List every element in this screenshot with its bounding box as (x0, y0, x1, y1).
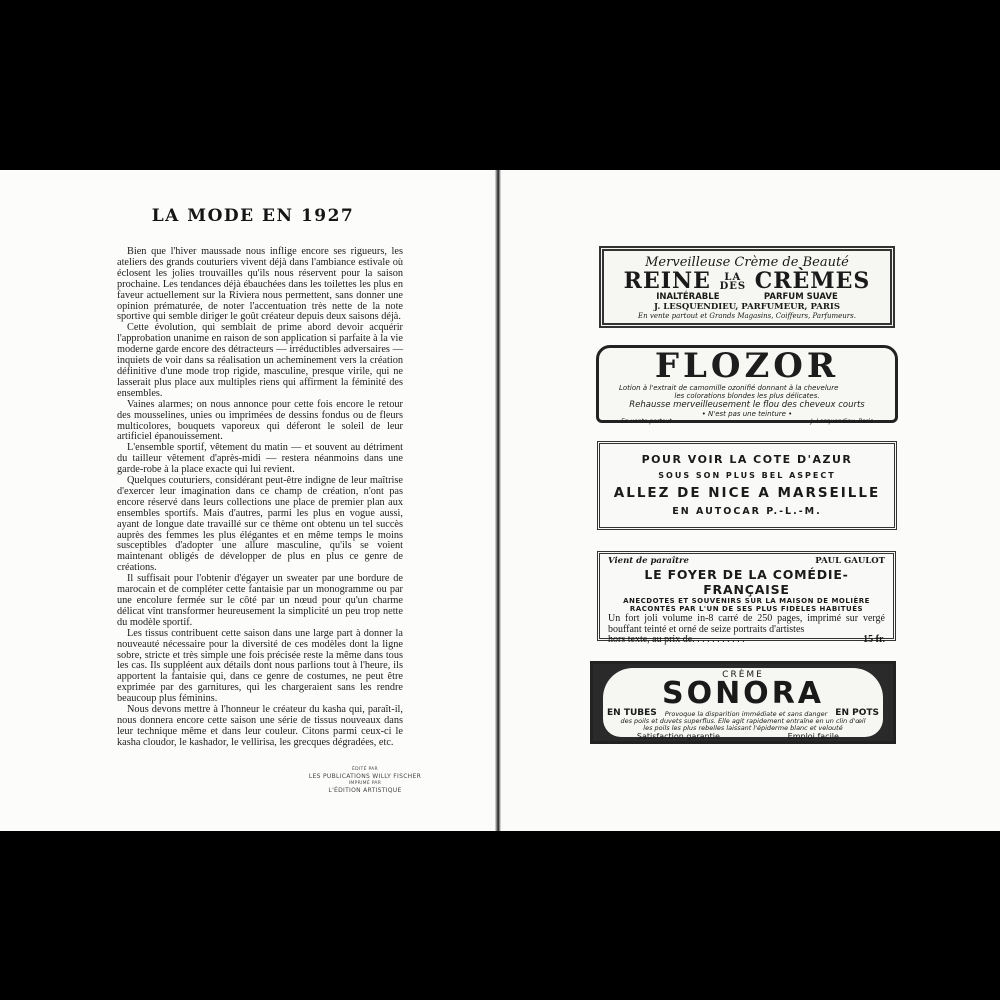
article-paragraph: Vaines alarmes; on nous annonce pour cet… (117, 400, 403, 444)
ad-line: Rehausse merveilleusement le flou des ch… (599, 400, 895, 410)
author: PAUL GAULOT (815, 556, 885, 566)
right-page: Merveilleuse Crème de Beauté REINE LA DE… (501, 170, 1000, 831)
brand-mid-bottom: DES (720, 281, 747, 292)
ad-flozor: FLOZOR Lotion à l'extrait de camomille o… (596, 345, 898, 423)
ad-line: • N'est pas une teinture • (599, 410, 895, 418)
magazine-spread: LA MODE EN 1927 Bien que l'hiver maussad… (0, 170, 1000, 831)
ad-line: les colorations blondes les plus délicat… (599, 392, 895, 400)
article-paragraph: Nous devons mettre à l'honneur le créate… (117, 705, 403, 749)
top-left: Vient de paraître (608, 556, 689, 566)
ad-footer: En vente partout J. Lesquendieu Paris (603, 741, 883, 744)
ad-text: les poils les plus rebelles laissant l'é… (603, 725, 883, 732)
claim-left: Satisfaction garantie (637, 732, 720, 741)
ad-brand: FLOZOR (599, 348, 895, 384)
brand-left: REINE (624, 268, 711, 294)
footer-right: J. Lesquendieu Paris (803, 741, 853, 744)
ad-maker: J. LESQUENDIEU, PARFUMEUR, PARIS (604, 302, 890, 312)
ad-claims: Satisfaction garantie Emploi facile . . (603, 732, 883, 741)
colophon-line: LES PUBLICATIONS WILLY FISCHER (300, 773, 430, 780)
ad-brand: REINE LA DES CRÈMES (604, 270, 890, 292)
ad-plm-autocar: POUR VOIR LA COTE D'AZUR SOUS SON PLUS B… (597, 441, 897, 530)
article-paragraph: L'ensemble sportif, vêtement du matin — … (117, 443, 403, 476)
article-body: Bien que l'hiver maussade nous inflige e… (117, 247, 403, 749)
price: 15 fr. (863, 635, 885, 646)
feature-left: INALTÉRABLE (656, 292, 719, 302)
ad-line: POUR VOIR LA COTE D'AZUR (600, 453, 894, 466)
article-paragraph: Il suffisait pour l'obtenir d'égayer un … (117, 574, 403, 629)
ad-reine-des-cremes: Merveilleuse Crème de Beauté REINE LA DE… (599, 246, 895, 328)
brand-right: CRÈMES (755, 268, 871, 294)
ad-line: EN AUTOCAR P.-L.-M. (600, 506, 894, 517)
colophon-line: L'ÉDITION ARTISTIQUE (300, 787, 430, 794)
article-title: LA MODE EN 1927 (110, 206, 396, 226)
ad-panel: CRÈME SONORA EN TUBES Provoque la dispar… (603, 668, 883, 737)
colophon: ÉDITÉ PAR LES PUBLICATIONS WILLY FISCHER… (300, 766, 430, 794)
ad-creme-sonora: CRÈME SONORA EN TUBES Provoque la dispar… (590, 661, 896, 744)
feature-right: PARFUM SUAVE (764, 292, 838, 302)
article-paragraph: Bien que l'hiver maussade nous inflige e… (117, 247, 403, 323)
colophon-line: ÉDITÉ PAR (300, 766, 430, 773)
description-text: Un fort joli volume in-8 carré de 250 pa… (608, 613, 885, 635)
article-paragraph: Cette évolution, qui semblait de prime a… (117, 323, 403, 399)
book-title: LE FOYER DE LA COMÉDIE-FRANÇAISE (608, 567, 885, 597)
ad-foyer-comedie-francaise: Vient de paraître PAUL GAULOT LE FOYER D… (597, 551, 896, 641)
article-paragraph: Quelques couturiers, considérant peut-êt… (117, 476, 403, 574)
footer-left: En vente partout (621, 418, 672, 425)
book-subtitle: ANECDOTES ET SOUVENIRS SUR LA MAISON DE … (608, 597, 885, 605)
brand-mid: LA DES (720, 273, 747, 291)
ad-line: ALLEZ DE NICE A MARSEILLE (600, 485, 894, 501)
ad-sold: En vente partout et Grands Magasins, Coi… (604, 312, 890, 320)
claim-right: Emploi facile . . (788, 732, 849, 741)
book-subtitle: RACONTÉS PAR L'UN DE SES PLUS FIDÈLES HA… (608, 605, 885, 613)
ad-top-row: Vient de paraître PAUL GAULOT (608, 556, 885, 566)
colophon-line: IMPRIMÉ PAR (300, 780, 430, 787)
left-page: LA MODE EN 1927 Bien que l'hiver maussad… (0, 170, 496, 831)
price-row: hors texte, au prix de. . . . . . . . . … (608, 635, 885, 646)
ad-line: SOUS SON PLUS BEL ASPECT (600, 471, 894, 480)
ad-line: Lotion à l'extrait de camomille ozonifié… (599, 384, 895, 392)
article-paragraph: Les tissus contribuent cette saison dans… (117, 629, 403, 705)
ad-brand: SONORA (603, 680, 883, 708)
price-label: hors texte, au prix de. . . . . . . . . … (608, 635, 745, 646)
footer-left: En vente partout (633, 741, 675, 744)
footer-right: J. Lesquendieu. Paris (811, 418, 873, 425)
ad-footer: En vente partout J. Lesquendieu. Paris (599, 418, 895, 425)
book-description: Un fort joli volume in-8 carré de 250 pa… (608, 614, 885, 646)
